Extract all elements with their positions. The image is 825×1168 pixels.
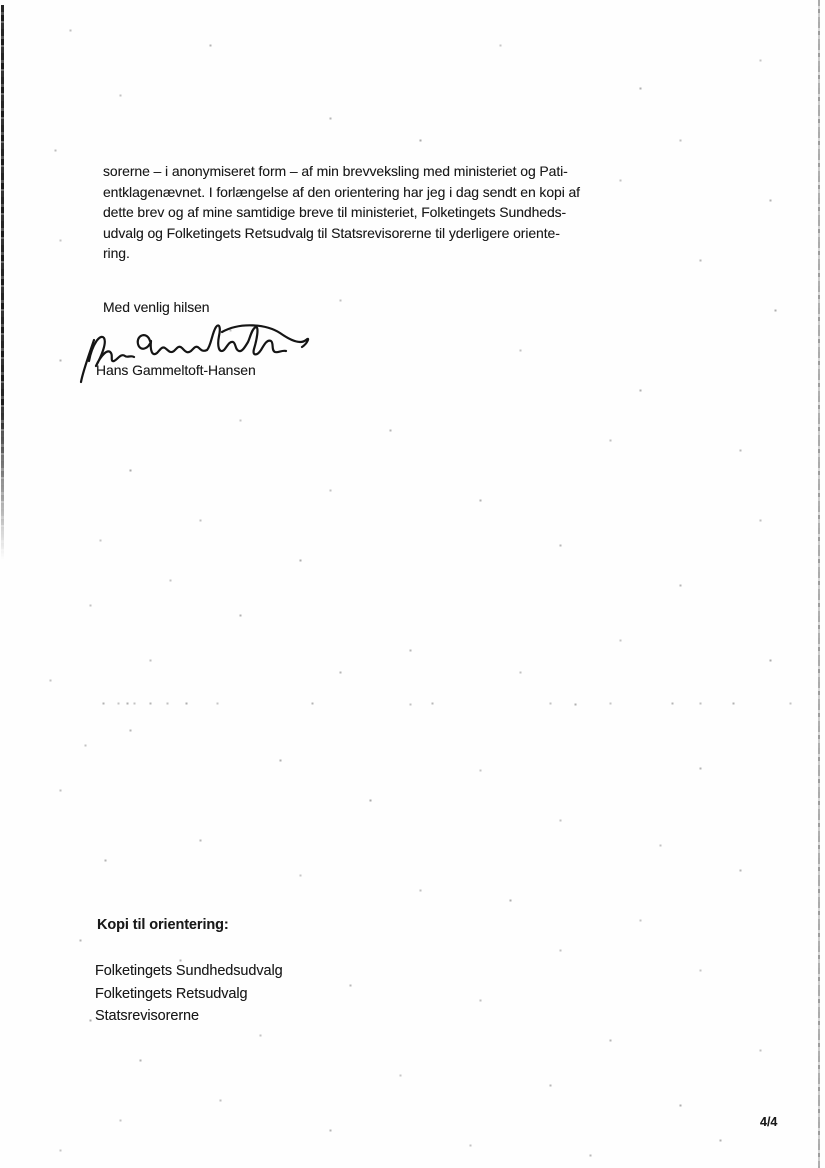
recipient: Folketingets Retsudvalg	[95, 983, 283, 1006]
body-line: dette brev og af mine samtidige breve ti…	[103, 202, 580, 223]
body-line: entklagenævnet. I forlængelse af den ori…	[103, 182, 580, 203]
recipient: Statsrevisorerne	[95, 1005, 283, 1028]
body-line: sorerne – i anonymiseret form – af min b…	[103, 161, 580, 182]
scan-artifact-left-bar	[1, 5, 4, 560]
scan-noise-speckles	[0, 0, 1, 1]
letter-closing: Med venlig hilsen	[103, 299, 209, 315]
copy-recipients-list: Folketingets Sundhedsudvalg Folketingets…	[95, 960, 283, 1028]
letter-body: sorerne – i anonymiseret form – af min b…	[103, 161, 580, 264]
scan-artifact-right-strip	[818, 0, 820, 1168]
body-line: ring.	[103, 243, 580, 264]
scanned-letter-page: sorerne – i anonymiseret form – af min b…	[0, 0, 825, 1168]
signature-name: Hans Gammeltoft-Hansen	[96, 362, 256, 378]
recipient: Folketingets Sundhedsudvalg	[95, 960, 283, 983]
copy-section-heading: Kopi til orientering:	[97, 917, 229, 933]
body-line: udvalg og Folketingets Retsudvalg til St…	[103, 223, 580, 244]
page-number: 4/4	[760, 1115, 777, 1129]
